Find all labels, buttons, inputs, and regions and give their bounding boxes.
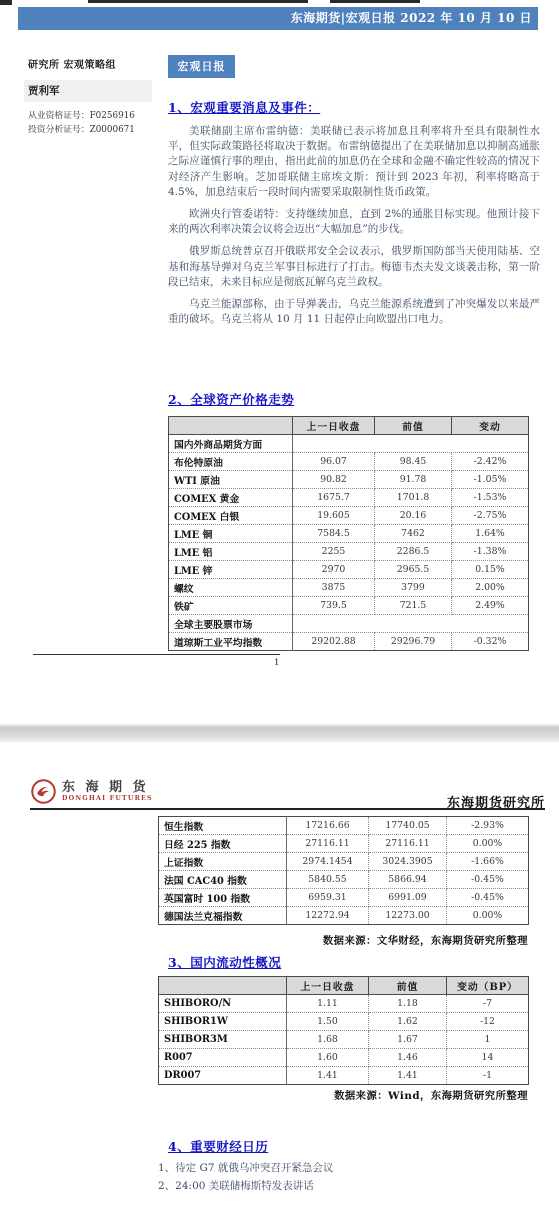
donghai-logo-icon xyxy=(30,778,57,805)
liquidity-table: 上一日收盘前值变动（BP）SHIBORO/N1.111.18-7SHIBOR1W… xyxy=(158,976,529,1085)
row-label: SHIBOR1W xyxy=(159,1013,287,1031)
value-cell: -2.93% xyxy=(447,817,529,835)
value-cell: 1.64% xyxy=(452,525,529,543)
row-label: 布伦特原油 xyxy=(169,453,293,471)
value-cell: 721.5 xyxy=(375,597,452,615)
value-cell: -7 xyxy=(447,995,529,1013)
row-label: LME 铜 xyxy=(169,525,293,543)
value-cell: 1.68 xyxy=(287,1031,369,1049)
row-label: DR007 xyxy=(159,1067,287,1085)
value-cell: 27116.11 xyxy=(287,835,369,853)
data-source-note-2: 数据来源：Wind，东海期货研究所整理 xyxy=(158,1087,528,1102)
section1-heading: 1、宏观重要消息及事件： xyxy=(168,98,540,116)
analyst-name: 贾利军 xyxy=(24,80,152,102)
row-label: COMEX 白银 xyxy=(169,507,293,525)
row-label: R007 xyxy=(159,1049,287,1067)
row-label: 英国富时 100 指数 xyxy=(159,889,287,907)
calendar-list: 1、待定 G7 就俄乌冲突召开紧急会议 2、24:00 美联储梅斯特发表讲话 xyxy=(158,1159,333,1195)
value-cell: 2970 xyxy=(293,561,375,579)
table-row: 英国富时 100 指数6959.316991.09-0.45% xyxy=(159,889,529,907)
header-row: 上一日收盘前值变动（BP） xyxy=(159,977,529,995)
value-cell: 2255 xyxy=(293,543,375,561)
row-label: 法国 CAC40 指数 xyxy=(159,871,287,889)
value-cell: -1 xyxy=(447,1067,529,1085)
value-cell: 19.605 xyxy=(293,507,375,525)
row-label: 日经 225 指数 xyxy=(159,835,287,853)
value-cell: 12273.00 xyxy=(369,907,447,925)
page-number: 1 xyxy=(274,658,279,668)
report-page-2: 东 海 期 货 DONGHAI FUTURES 东海期货研究所 恒生指数1721… xyxy=(0,742,559,1207)
value-cell: 2.00% xyxy=(452,579,529,597)
table-row: LME 铝22552286.5-1.38% xyxy=(169,543,529,561)
value-cell: 27116.11 xyxy=(369,835,447,853)
row-label: 全球主要股票市场 xyxy=(169,615,293,633)
scan-artifact xyxy=(330,0,420,3)
main-content: 1、宏观重要消息及事件： 美联储副主席布雷纳德：美联储已表示将加息且利率将升至具… xyxy=(168,98,540,396)
asset-price-table: 上一日收盘前值变动国内外商品期货方面布伦特原油96.0798.45-2.42%W… xyxy=(168,416,529,651)
row-label: 铁矿 xyxy=(169,597,293,615)
value-cell: 1.11 xyxy=(287,995,369,1013)
report-page-1: 东海期货|宏观日报 2022 年 10 月 10 日 研究所 宏观策略组 贾利军… xyxy=(0,0,559,723)
value-cell: 2.49% xyxy=(452,597,529,615)
value-cell: 6991.09 xyxy=(369,889,447,907)
page-separator xyxy=(0,723,559,742)
column-header: 上一日收盘 xyxy=(293,417,375,435)
row-label: LME 铝 xyxy=(169,543,293,561)
value-cell: 98.45 xyxy=(375,453,452,471)
value-cell: 2974.1454 xyxy=(287,853,369,871)
value-cell: 12272.94 xyxy=(287,907,369,925)
value-cell: 7584.5 xyxy=(293,525,375,543)
column-header xyxy=(169,417,293,435)
table-row: WTI 原油90.8291.78-1.05% xyxy=(169,471,529,489)
news-paragraphs: 美联储副主席布雷纳德：美联储已表示将加息且利率将升至具有限制性水平，但实际政策路… xyxy=(168,124,540,396)
value-cell: 1 xyxy=(447,1031,529,1049)
table-row: 德国法兰克福指数12272.9412273.000.00% xyxy=(159,907,529,925)
value-cell: 1701.8 xyxy=(375,489,452,507)
value-cell: -1.05% xyxy=(452,471,529,489)
report-type-badge: 宏观日报 xyxy=(168,55,235,78)
stock-index-section: 恒生指数17216.6617740.05-2.93%日经 225 指数27116… xyxy=(158,816,529,925)
logo-cn-label: 东 海 期 货 xyxy=(62,781,153,795)
value-cell: 739.5 xyxy=(293,597,375,615)
table-row: 铁矿739.5721.52.49% xyxy=(169,597,529,615)
value-cell: 29296.79 xyxy=(375,633,452,651)
company-logo: 东 海 期 货 DONGHAI FUTURES xyxy=(30,778,153,805)
row-label: 螺纹 xyxy=(169,579,293,597)
value-cell: 96.07 xyxy=(293,453,375,471)
value-cell: 1.62 xyxy=(369,1013,447,1031)
analysis-cert-number: 投资分析证号：Z0000671 xyxy=(28,123,160,137)
row-label: SHIBORO/N xyxy=(159,995,287,1013)
table-row: 螺纹387537992.00% xyxy=(169,579,529,597)
row-label: COMEX 黄金 xyxy=(169,489,293,507)
table-row: 日经 225 指数27116.1127116.110.00% xyxy=(159,835,529,853)
section2-heading: 2、全球资产价格走势 xyxy=(168,390,540,408)
row-label: 国内外商品期货方面 xyxy=(169,435,293,453)
value-cell: 5840.55 xyxy=(287,871,369,889)
empty-cell xyxy=(293,435,529,453)
liquidity-section: 上一日收盘前值变动（BP）SHIBORO/N1.111.18-7SHIBOR1W… xyxy=(158,976,529,1085)
column-header: 变动 xyxy=(452,417,529,435)
value-cell: 90.82 xyxy=(293,471,375,489)
value-cell: 0.00% xyxy=(447,835,529,853)
table-row: SHIBOR1W1.501.62-12 xyxy=(159,1013,529,1031)
calendar-item: 1、待定 G7 就俄乌冲突召开紧急会议 xyxy=(158,1159,333,1177)
value-cell: 17216.66 xyxy=(287,817,369,835)
value-cell: 1675.7 xyxy=(293,489,375,507)
value-cell: 1.41 xyxy=(287,1067,369,1085)
value-cell: -1.66% xyxy=(447,853,529,871)
row-label: WTI 原油 xyxy=(169,471,293,489)
value-cell: 1.41 xyxy=(369,1067,447,1085)
paragraph-ecb: 欧洲央行管委诺特：支持继续加息，直到 2%的通胀目标实现。他预计接下来的两次利率… xyxy=(168,207,540,237)
header-row: 上一日收盘前值变动 xyxy=(169,417,529,435)
table-row: 全球主要股票市场 xyxy=(169,615,529,633)
table-row: 布伦特原油96.0798.45-2.42% xyxy=(169,453,529,471)
paragraph-russia: 俄罗斯总统普京召开俄联邦安全会议表示，俄罗斯国防部当天使用陆基、空基和海基导弹对… xyxy=(168,244,540,290)
value-cell: -1.38% xyxy=(452,543,529,561)
value-cell: -12 xyxy=(447,1013,529,1031)
row-label: SHIBOR3M xyxy=(159,1031,287,1049)
row-label: LME 锌 xyxy=(169,561,293,579)
value-cell: -0.32% xyxy=(452,633,529,651)
value-cell: 1.50 xyxy=(287,1013,369,1031)
value-cell: -0.45% xyxy=(447,871,529,889)
column-header: 上一日收盘 xyxy=(287,977,369,995)
column-header: 变动（BP） xyxy=(447,977,529,995)
logo-en-label: DONGHAI FUTURES xyxy=(62,795,153,803)
paragraph-fed: 美联储副主席布雷纳德：美联储已表示将加息且利率将升至具有限制性水平，但实际政策路… xyxy=(168,124,540,200)
table-row: SHIBORO/N1.111.18-7 xyxy=(159,995,529,1013)
table-row: LME 铜7584.574621.64% xyxy=(169,525,529,543)
stock-index-table: 恒生指数17216.6617740.05-2.93%日经 225 指数27116… xyxy=(158,816,529,925)
footnote-separator xyxy=(33,654,280,655)
value-cell: 14 xyxy=(447,1049,529,1067)
table-row: LME 锌29702965.50.15% xyxy=(169,561,529,579)
report-title-bar: 东海期货|宏观日报 2022 年 10 月 10 日 xyxy=(18,7,538,30)
table-row: 恒生指数17216.6617740.05-2.93% xyxy=(159,817,529,835)
value-cell: 1.60 xyxy=(287,1049,369,1067)
value-cell: 0.15% xyxy=(452,561,529,579)
column-header: 前值 xyxy=(369,977,447,995)
column-header: 前值 xyxy=(375,417,452,435)
value-cell: 5866.94 xyxy=(369,871,447,889)
value-cell: 3024.3905 xyxy=(369,853,447,871)
value-cell: 1.18 xyxy=(369,995,447,1013)
value-cell: 7462 xyxy=(375,525,452,543)
paragraph-ukraine: 乌克兰能源部称，由于导弹袭击，乌克兰能源系统遭到了冲突爆发以来最严重的破坏。乌克… xyxy=(168,297,540,327)
value-cell: 20.16 xyxy=(375,507,452,525)
scan-artifact xyxy=(0,0,12,5)
table-row: 上证指数2974.14543024.3905-1.66% xyxy=(159,853,529,871)
value-cell: 29202.88 xyxy=(293,633,375,651)
logo-text: 东 海 期 货 DONGHAI FUTURES xyxy=(62,781,153,803)
value-cell: 2286.5 xyxy=(375,543,452,561)
research-dept-label: 研究所 宏观策略组 xyxy=(28,56,160,71)
section3-heading: 3、国内流动性概况 xyxy=(168,953,281,971)
table-row: 国内外商品期货方面 xyxy=(169,435,529,453)
asset-price-section: 2、全球资产价格走势 上一日收盘前值变动国内外商品期货方面布伦特原油96.079… xyxy=(168,390,540,651)
value-cell: 6959.31 xyxy=(287,889,369,907)
value-cell: -2.75% xyxy=(452,507,529,525)
value-cell: 3799 xyxy=(375,579,452,597)
qualification-number: 从业资格证号：F0256916 xyxy=(28,109,160,123)
data-source-note-1: 数据来源：文华财经，东海期货研究所整理 xyxy=(158,932,528,947)
row-label: 恒生指数 xyxy=(159,817,287,835)
table-row: 法国 CAC40 指数5840.555866.94-0.45% xyxy=(159,871,529,889)
value-cell: 91.78 xyxy=(375,471,452,489)
row-label: 上证指数 xyxy=(159,853,287,871)
table-row: SHIBOR3M1.681.671 xyxy=(159,1031,529,1049)
empty-cell xyxy=(293,615,529,633)
scan-artifact xyxy=(88,0,308,3)
table-row: COMEX 白银19.60520.16-2.75% xyxy=(169,507,529,525)
value-cell: 2965.5 xyxy=(375,561,452,579)
value-cell: 1.67 xyxy=(369,1031,447,1049)
value-cell: 17740.05 xyxy=(369,817,447,835)
value-cell: -1.53% xyxy=(452,489,529,507)
section4-heading: 4、重要财经日历 xyxy=(168,1137,268,1155)
author-sidebar: 研究所 宏观策略组 贾利军 从业资格证号：F0256916 投资分析证号：Z00… xyxy=(28,56,160,137)
value-cell: 0.00% xyxy=(447,907,529,925)
value-cell: 1.46 xyxy=(369,1049,447,1067)
table-row: R0071.601.4614 xyxy=(159,1049,529,1067)
value-cell: -2.42% xyxy=(452,453,529,471)
row-label: 道琼斯工业平均指数 xyxy=(169,633,293,651)
row-label: 德国法兰克福指数 xyxy=(159,907,287,925)
table-row: 道琼斯工业平均指数29202.8829296.79-0.32% xyxy=(169,633,529,651)
header-rule xyxy=(30,808,545,810)
table-row: COMEX 黄金1675.71701.8-1.53% xyxy=(169,489,529,507)
calendar-item: 2、24:00 美联储梅斯特发表讲话 xyxy=(158,1177,333,1195)
column-header xyxy=(159,977,287,995)
value-cell: 3875 xyxy=(293,579,375,597)
value-cell: -0.45% xyxy=(447,889,529,907)
table-row: DR0071.411.41-1 xyxy=(159,1067,529,1085)
